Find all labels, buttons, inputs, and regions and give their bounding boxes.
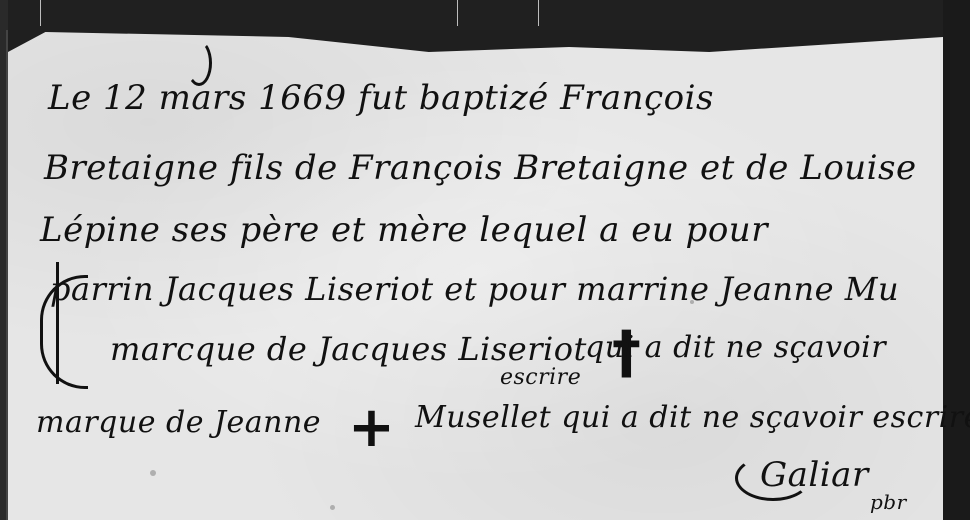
entry-line-4: parrin Jacques Liseriot et pour marrine … xyxy=(50,270,899,308)
fold-line xyxy=(40,0,41,26)
entry-line-6: marque de Jeanne xyxy=(36,405,321,440)
ink-speck xyxy=(330,505,335,510)
signature-title: pbr xyxy=(870,490,907,514)
fold-line xyxy=(457,0,458,26)
ink-speck xyxy=(150,470,156,476)
entry-line-1: Le 12 mars 1669 fut baptizé François xyxy=(48,78,714,118)
priest-signature: Galiar xyxy=(760,455,869,495)
cross-mark-icon: + xyxy=(348,395,395,460)
fold-line xyxy=(538,0,539,26)
left-margin-rule xyxy=(6,30,8,520)
entry-line-5-continued: qui a dit ne sçavoir xyxy=(585,330,886,365)
interlinear-insertion: escrire xyxy=(500,365,581,390)
entry-line-2: Bretaigne fils de François Bretaigne et … xyxy=(44,148,917,188)
entry-line-3: Lépine ses père et mère lequel a eu pour xyxy=(40,210,768,250)
scan-top-border xyxy=(0,0,970,30)
entry-line-5: marcque de Jacques Liseriot xyxy=(110,330,587,368)
right-page-edge xyxy=(943,0,970,520)
entry-line-6-continued: Musellet qui a dit ne sçavoir escrire xyxy=(415,400,970,435)
scanned-document: Le 12 mars 1669 fut baptizé François Bre… xyxy=(0,0,970,520)
